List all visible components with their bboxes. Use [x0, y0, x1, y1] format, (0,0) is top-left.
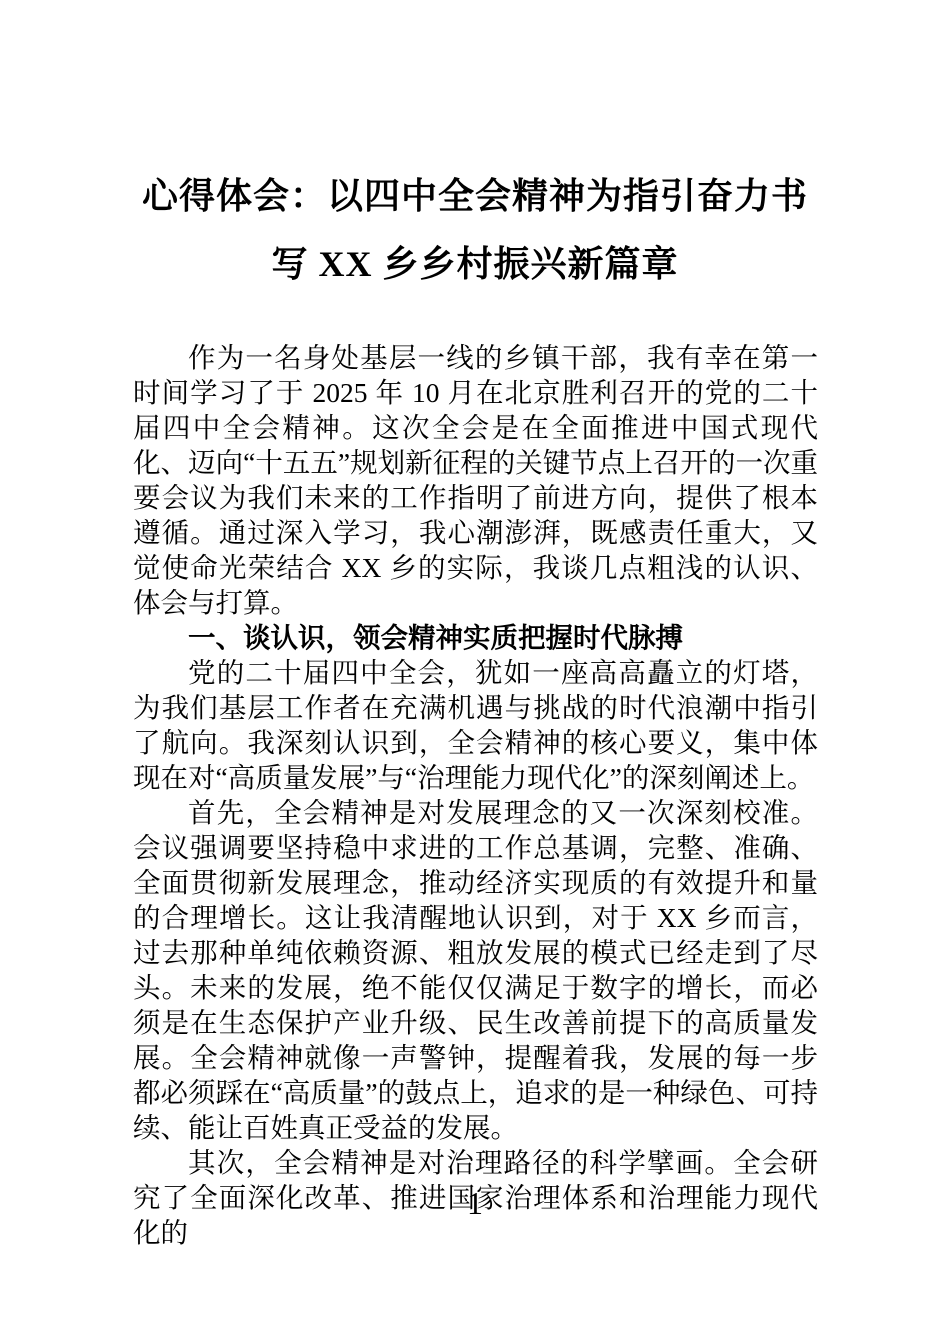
paragraph-intro: 作为一名身处基层一线的乡镇干部，我有幸在第一时间学习了于 2025 年 10 月…: [133, 340, 818, 620]
document-title: 心得体会：以四中全会精神为指引奋力书 写 XX 乡乡村振兴新篇章: [78, 162, 872, 298]
paragraph-understanding: 党的二十届四中全会，犹如一座高高矗立的灯塔，为我们基层工作者在充满机遇与挑战的时…: [133, 655, 818, 795]
document-body: 作为一名身处基层一线的乡镇干部，我有幸在第一时间学习了于 2025 年 10 月…: [133, 340, 818, 1250]
title-line-1: 心得体会：以四中全会精神为指引奋力书: [78, 162, 872, 230]
page-number: 1: [0, 1186, 950, 1220]
title-line-2: 写 XX 乡乡村振兴新篇章: [78, 230, 872, 298]
paragraph-first-point: 首先，全会精神是对发展理念的又一次深刻校准。会议强调要坚持稳中求进的工作总基调，…: [133, 795, 818, 1145]
section-heading-1: 一、谈认识，领会精神实质把握时代脉搏: [133, 620, 818, 655]
document-page: 心得体会：以四中全会精神为指引奋力书 写 XX 乡乡村振兴新篇章 作为一名身处基…: [0, 0, 950, 1344]
